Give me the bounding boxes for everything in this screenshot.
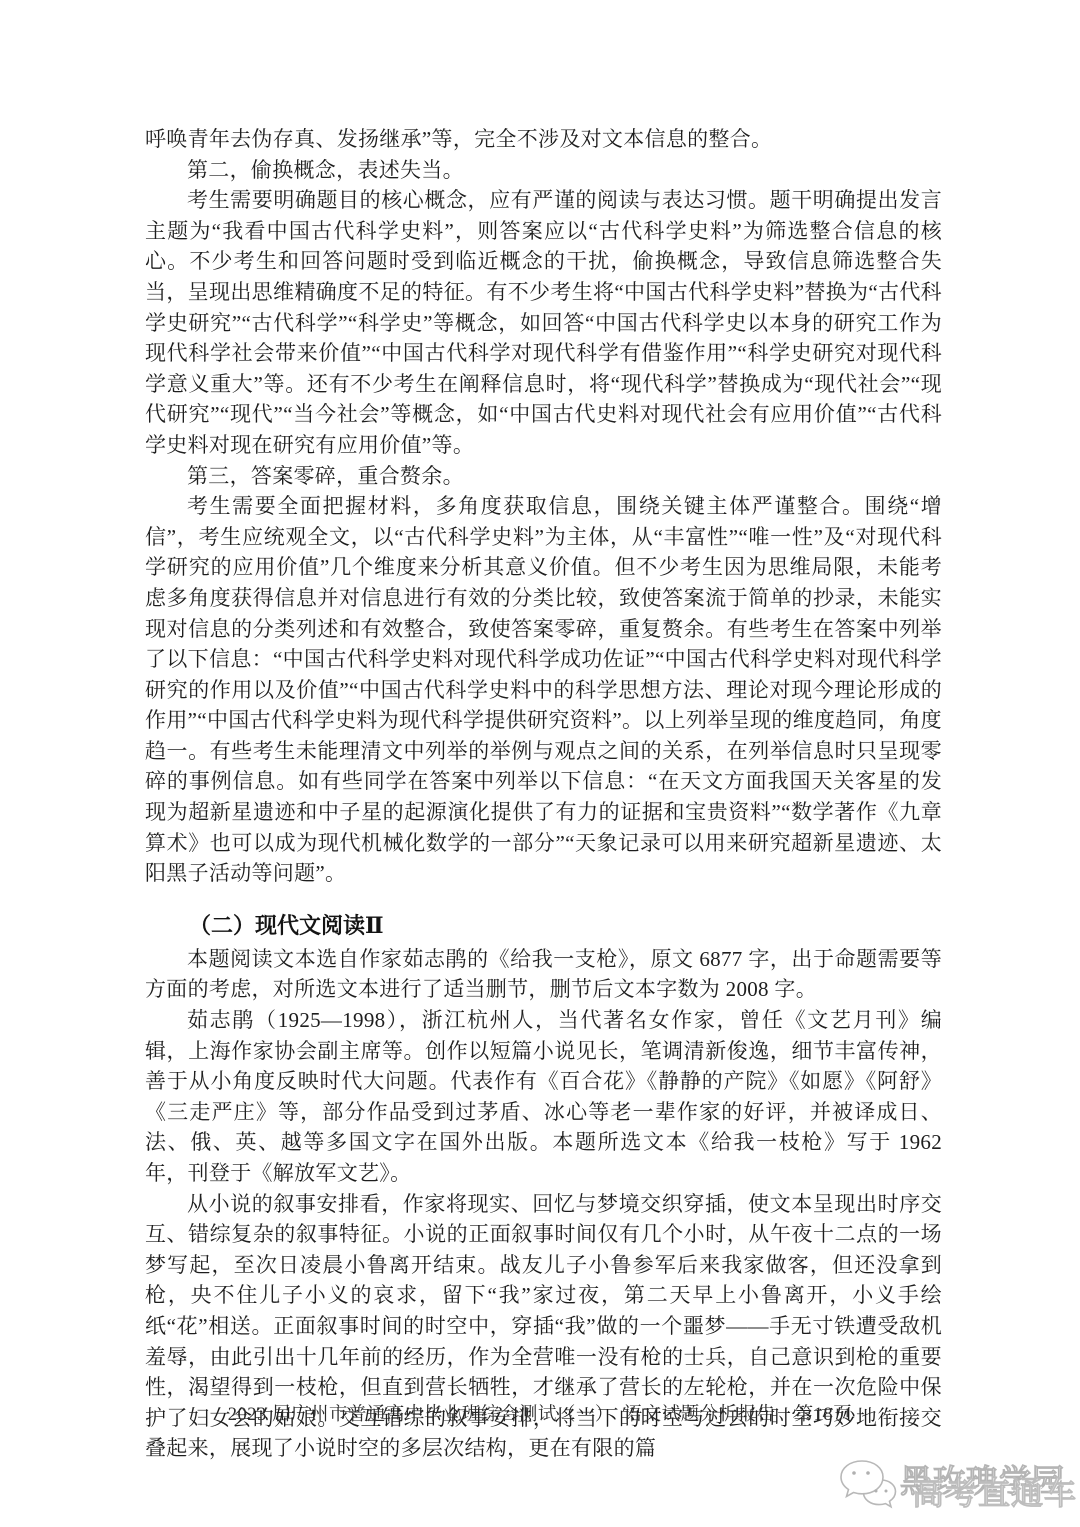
wechat-chat-bubbles-icon: [838, 1458, 898, 1515]
page-body: 呼唤青年去伪存真、发扬继承”等，完全不涉及对文本信息的整合。 第二，偷换概念，表…: [145, 124, 942, 1464]
document-page: 呼唤青年去伪存真、发扬继承”等，完全不涉及对文本信息的整合。 第二，偷换概念，表…: [0, 0, 1080, 1527]
body-paragraph: 考生需要全面把握材料，多角度获取信息，围绕关键主体严谨整合。围绕“增信”，考生应…: [145, 491, 942, 889]
body-paragraph: 第二，偷换概念，表述失当。: [145, 155, 942, 186]
page-footer-text: 2023 届广州市普通高中毕业班综合测试（一） 语文试题分析报告 第18页: [228, 1405, 852, 1425]
body-paragraph: 茹志鹃（1925—1998），浙江杭州人，当代著名女作家，曾任《文艺月刊》编辑，…: [145, 1005, 942, 1189]
watermark-text-gaokao: 高考直通车: [912, 1468, 1077, 1514]
body-paragraph: 第三，答案零碎，重合赘余。: [145, 461, 942, 492]
body-paragraph: 考生需要明确题目的核心概念，应有严谨的阅读与表达习惯。题干明确提出发言主题为“我…: [145, 185, 942, 460]
page-footer: 2023 届广州市普通高中毕业班综合测试（一） 语文试题分析报告 第18页: [0, 1402, 1080, 1428]
body-paragraph: 本题阅读文本选自作家茹志鹃的《给我一支枪》，原文 6877 字，出于命题需要等方…: [145, 944, 942, 1005]
section-heading: （二）现代文阅读Ⅱ: [145, 911, 942, 941]
body-paragraph-continuation: 呼唤青年去伪存真、发扬继承”等，完全不涉及对文本信息的整合。: [145, 124, 942, 155]
